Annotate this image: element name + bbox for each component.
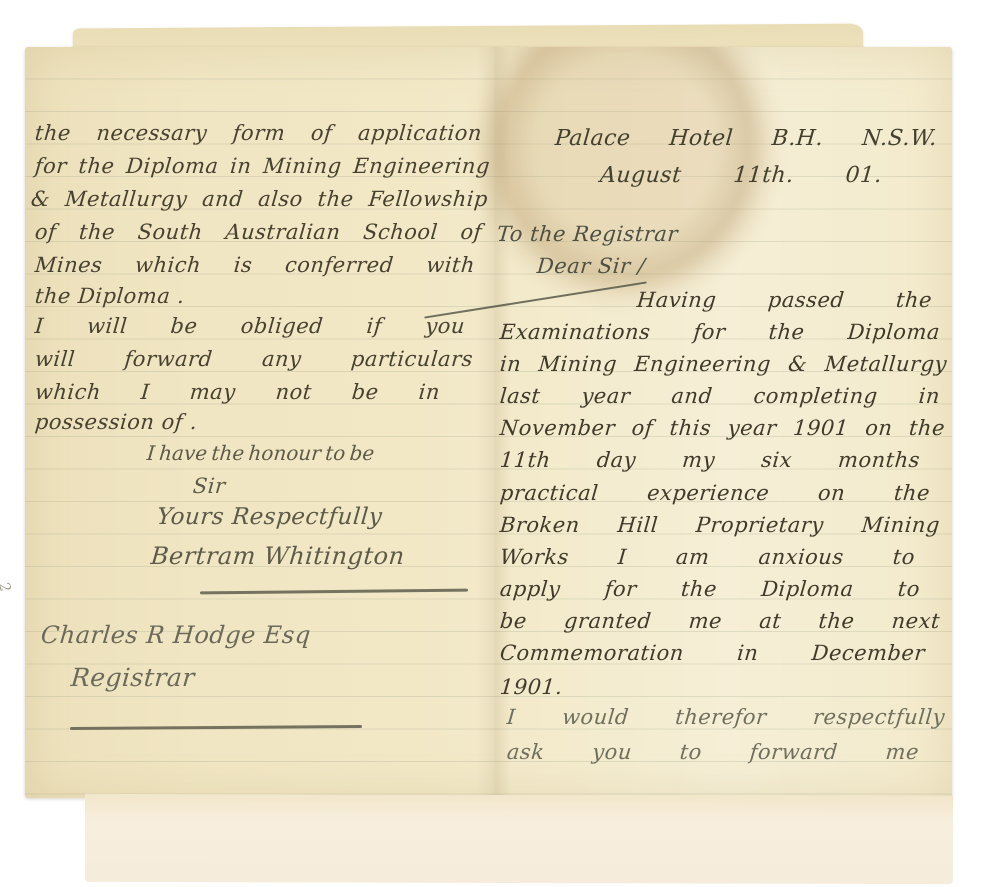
handwritten-line: for the Diploma in Mining Engineering (34, 153, 491, 179)
handwritten-line: will forward any particulars (34, 346, 474, 372)
handwritten-line: apply for the Diploma to (499, 576, 921, 602)
closing-yours-line: Yours Respectfully (156, 504, 383, 530)
handwritten-line: practical experience on the (499, 480, 931, 506)
handwritten-line: Having passed the (636, 287, 933, 313)
addressee-underline (70, 725, 362, 730)
handwritten-line: the necessary form of application (34, 120, 483, 146)
handwritten-line: Works I am anxious to (499, 544, 916, 570)
signature: Bertram Whitington (150, 543, 406, 569)
salutation-dear: Dear Sir / (536, 253, 647, 279)
margin-pencil-mark: 2 (0, 580, 15, 595)
salutation-to: To the Registrar (496, 221, 679, 247)
heading-date: August 11th. 01. (599, 163, 883, 189)
closing-sir-line: Sir (192, 473, 227, 499)
handwritten-line: & Metallurgy and also the Fellowship (30, 186, 489, 212)
handwritten-line: the Diploma . (34, 283, 186, 309)
handwritten-line: ask you to forward me (506, 739, 920, 765)
handwritten-line: be granted me at the next (499, 608, 941, 634)
handwritten-line: in Mining Engineering & Metallurgy (499, 351, 948, 377)
handwritten-line: Commemoration in December (499, 640, 926, 666)
closing-honour-line: I have the honour to be (146, 440, 376, 466)
addressee-name: Charles R Hodge Esq (40, 622, 312, 648)
handwritten-line: 11th day my six months (499, 447, 921, 473)
heading-address: Palace Hotel B.H. N.S.W. (554, 126, 938, 152)
handwritten-line: Mines which is conferred with (34, 252, 476, 278)
handwritten-line: which I may not be in (34, 379, 441, 405)
handwritten-line: of the South Australian School of (34, 219, 483, 245)
handwritten-line: 1901. (499, 674, 564, 700)
letter-sheet: the necessary form of application for th… (25, 47, 952, 798)
handwritten-line: Broken Hill Proprietary Mining (499, 512, 941, 538)
signature-underline (200, 589, 468, 595)
handwritten-line: possession of . (34, 409, 199, 435)
handwritten-line: I will be obliged if you (34, 313, 466, 339)
handwritten-line: November of this year 1901 on the (499, 415, 946, 441)
handwritten-line: last year and completing in (499, 383, 941, 409)
addressee-title: Registrar (70, 665, 196, 691)
handwritten-line: I would therefor respectfully (506, 704, 946, 730)
letter-scan: the necessary form of application for th… (0, 0, 999, 887)
handwritten-line: Examinations for the Diploma (499, 319, 941, 345)
back-sheet-bottom-edge (85, 794, 953, 884)
